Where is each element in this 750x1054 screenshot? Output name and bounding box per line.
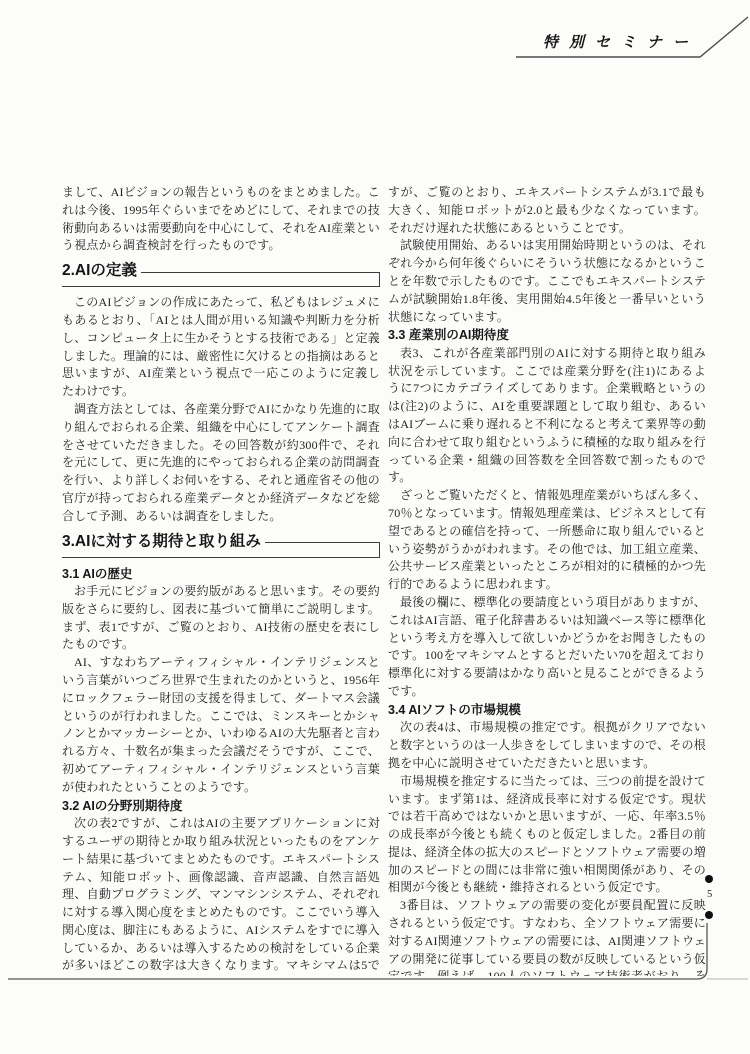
paragraph: このAIビジョンの作成にあたって、私どもはレジュメにもあるとおり、「AIとは人間… <box>62 294 380 401</box>
sub-heading-3-1: 3.1 AIの歴史 <box>62 565 380 584</box>
paragraph: 最後の欄に、標準化の要請度という項目がありますが、これはAI言語、電子化辞書ある… <box>388 594 706 701</box>
paragraph: 市場規模を推定するに当たっては、三つの前提を設けています。まず第1は、経済成長率… <box>388 773 706 898</box>
paragraph: 次の表2ですが、これはAIの主要アプリケーションに対するユーザの期待とか取り組み… <box>62 815 380 976</box>
paragraph: AI、すなわちアーティフィシャル・インテリジェンスという言葉がいつごろ世界で生ま… <box>62 654 380 796</box>
bullet-mark-top <box>705 875 713 883</box>
paragraph: ざっとご覧いただくと、情報処理産業がいちばん多く、70％となっています。情報処理… <box>388 487 706 594</box>
section-heading-label: 3.AIに対する期待と取り組み <box>62 531 261 552</box>
left-column: まして、AIビジョンの報告というものをまとめました。これは今後、1995年ぐらい… <box>62 184 380 976</box>
paragraph: 表3、これが各産業部門別のAIに対する期待と取り組み状況を示しています。ここでは… <box>388 345 706 487</box>
heading-rule-box <box>141 260 380 281</box>
page-number: 5 <box>707 889 712 900</box>
heading-rule-box <box>265 531 380 552</box>
paragraph: すが、ご覧のとおり、エキスパートシステムが3.1で最も大きく、知能ロボットが2.… <box>388 184 706 237</box>
header-rule <box>0 0 750 70</box>
sub-heading-3-4: 3.4 AIソフトの市場規模 <box>388 701 706 720</box>
paragraph: 次の表4は、市場規模の推定です。根拠がクリアでないと数字というのは一人歩きをして… <box>388 719 706 772</box>
paragraph: お手元にビジョンの要約版があると思います。その要約版をさらに要約し、図表に基づい… <box>62 583 380 654</box>
document-page: 特別セミナー まして、AIビジョンの報告というものをまとめました。これは今後、1… <box>0 0 750 1054</box>
section-heading-label: 2.AIの定義 <box>62 260 137 281</box>
paragraph: まして、AIビジョンの報告というものをまとめました。これは今後、1995年ぐらい… <box>62 184 380 255</box>
paragraph: 試験使用開始、あるいは実用開始時期というのは、それぞれ今から何年後ぐらいにそうい… <box>388 237 706 326</box>
paragraph: 3番目は、ソフトウェアの需要の変化が要員配置に反映されるという仮定です。すなわち… <box>388 897 706 976</box>
section-heading-ai-definition: 2.AIの定義 <box>62 260 380 287</box>
section-heading-expectations: 3.AIに対する期待と取り組み <box>62 531 380 558</box>
sub-heading-3-2: 3.2 AIの分野別期待度 <box>62 797 380 816</box>
right-column: すが、ご覧のとおり、エキスパートシステムが3.1で最も大きく、知能ロボットが2.… <box>388 184 706 976</box>
sub-heading-3-3: 3.3 産業別のAI期待度 <box>388 326 706 345</box>
bullet-mark-bottom <box>705 911 713 919</box>
paragraph: 調査方法としては、各産業分野でAIにかなり先進的に取り組んでおられる企業、組織を… <box>62 401 380 526</box>
